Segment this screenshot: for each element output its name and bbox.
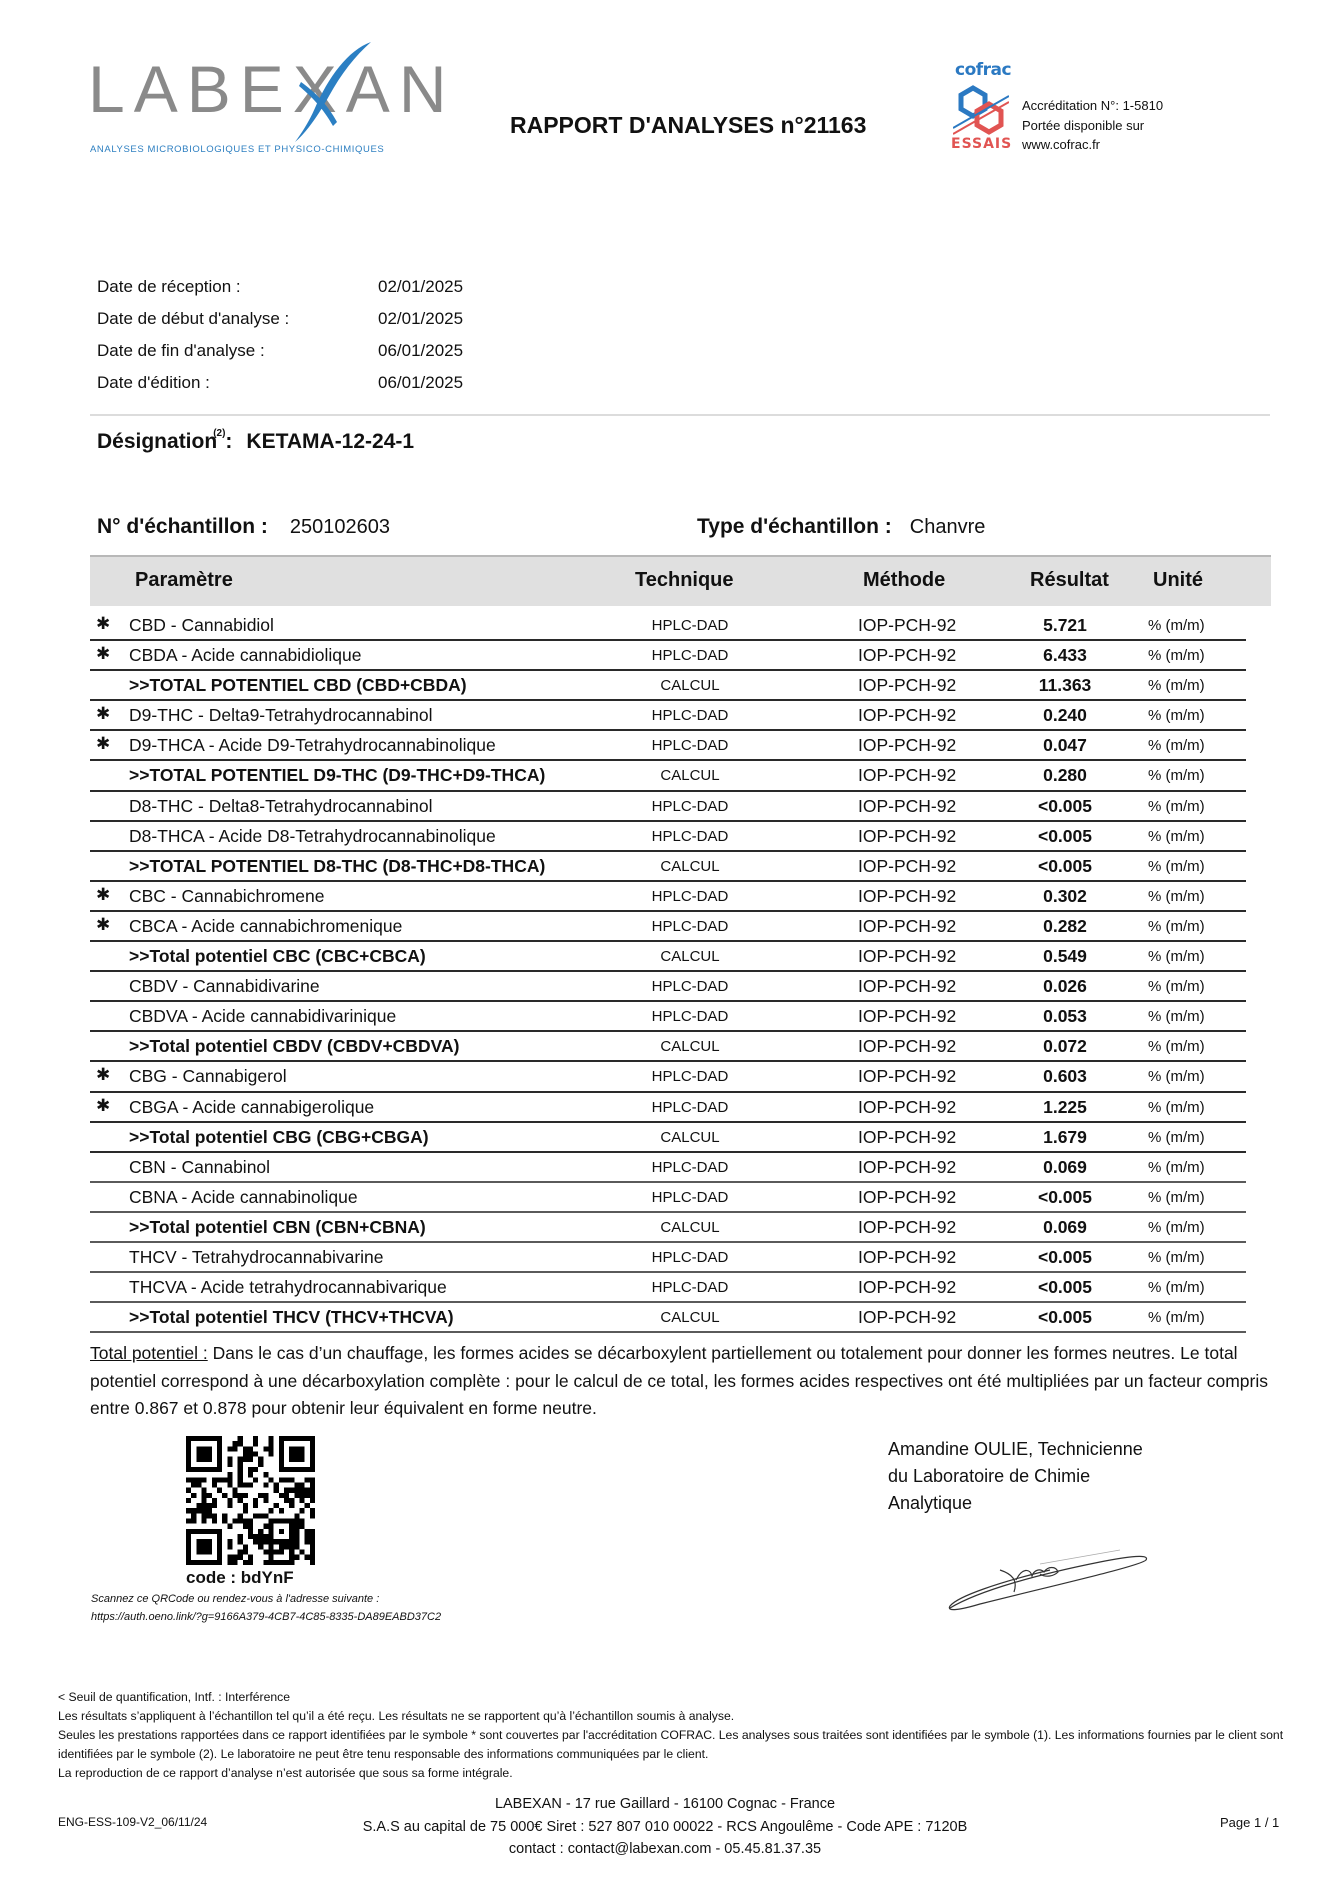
row-method: IOP-PCH-92 bbox=[858, 916, 956, 937]
row-technique: CALCUL bbox=[605, 767, 775, 784]
row-unit: % (m/m) bbox=[1148, 888, 1205, 905]
table-row: D8-THCA - Acide D8-Tetrahydrocannabinoli… bbox=[90, 822, 1246, 852]
row-result: 0.072 bbox=[1020, 1036, 1110, 1057]
row-technique: HPLC-DAD bbox=[605, 828, 775, 845]
labexan-logo: LABEXAN Analyses microbiologiques et phy… bbox=[88, 38, 428, 158]
column-header-method: Méthode bbox=[863, 569, 945, 592]
row-unit: % (m/m) bbox=[1148, 707, 1205, 724]
row-method: IOP-PCH-92 bbox=[858, 796, 956, 817]
row-parameter: THCV - Tetrahydrocannabivarine bbox=[129, 1247, 384, 1268]
company-info: LABEXAN - 17 rue Gaillard - 16100 Cognac… bbox=[300, 1793, 1030, 1861]
row-parameter: THCVA - Acide tetrahydrocannabivarique bbox=[129, 1277, 447, 1298]
row-result: 0.240 bbox=[1020, 705, 1110, 726]
row-method: IOP-PCH-92 bbox=[858, 1217, 956, 1238]
row-technique: HPLC-DAD bbox=[605, 647, 775, 664]
table-row: ✱CBDA - Acide cannabidioliqueHPLC-DADIOP… bbox=[90, 641, 1246, 671]
row-unit: % (m/m) bbox=[1148, 918, 1205, 935]
note-text: Dans le cas d’un chauffage, les formes a… bbox=[90, 1343, 1268, 1418]
date-end-label: Date de fin d'analyse : bbox=[97, 341, 265, 361]
date-start-label: Date de début d'analyse : bbox=[97, 309, 289, 329]
logo-tagline: Analyses microbiologiques et physico-chi… bbox=[90, 144, 384, 155]
row-parameter: CBD - Cannabidiol bbox=[129, 615, 274, 636]
row-result: 5.721 bbox=[1020, 615, 1110, 636]
row-result: 0.047 bbox=[1020, 735, 1110, 756]
row-unit: % (m/m) bbox=[1148, 767, 1205, 784]
date-start-value: 02/01/2025 bbox=[378, 309, 463, 329]
row-unit: % (m/m) bbox=[1148, 1129, 1205, 1146]
date-reception-value: 02/01/2025 bbox=[378, 277, 463, 297]
designation: Désignation(2):KETAMA-12-24-1 bbox=[97, 430, 414, 454]
row-unit: % (m/m) bbox=[1148, 737, 1205, 754]
row-unit: % (m/m) bbox=[1148, 978, 1205, 995]
table-row: >>Total potentiel CBDV (CBDV+CBDVA)CALCU… bbox=[90, 1032, 1246, 1062]
accreditation-star-icon: ✱ bbox=[96, 644, 110, 664]
qr-link[interactable]: https://auth.oeno.link/?g=9166A379-4CB7-… bbox=[91, 1608, 441, 1626]
row-result: 0.302 bbox=[1020, 886, 1110, 907]
legal-line-1: < Seuil de quantification, Intf. : Inter… bbox=[58, 1688, 1328, 1707]
row-parameter: >>TOTAL POTENTIEL D8-THC (D8-THC+D8-THCA… bbox=[129, 856, 545, 877]
legal-line-2: Les résultats s’appliquent à l’échantill… bbox=[58, 1707, 1328, 1726]
row-unit: % (m/m) bbox=[1148, 617, 1205, 634]
column-header-technique: Technique bbox=[635, 569, 734, 592]
table-row: ✱CBG - CannabigerolHPLC-DADIOP-PCH-920.6… bbox=[90, 1062, 1246, 1092]
row-technique: HPLC-DAD bbox=[605, 888, 775, 905]
sample-type-value: Chanvre bbox=[910, 516, 986, 538]
row-result: 0.549 bbox=[1020, 946, 1110, 967]
row-unit: % (m/m) bbox=[1148, 1309, 1205, 1326]
note-label: Total potentiel : bbox=[90, 1343, 208, 1363]
qr-code-label: code : bdYnF bbox=[186, 1568, 294, 1588]
table-row: >>Total potentiel CBG (CBG+CBGA)CALCULIO… bbox=[90, 1123, 1246, 1153]
row-parameter: CBCA - Acide cannabichromenique bbox=[129, 916, 402, 937]
sample-type-label: Type d'échantillon : bbox=[697, 515, 892, 538]
row-parameter: >>Total potentiel CBG (CBG+CBGA) bbox=[129, 1127, 429, 1148]
row-result: <0.005 bbox=[1020, 796, 1110, 817]
row-result: 1.679 bbox=[1020, 1127, 1110, 1148]
table-row: THCV - TetrahydrocannabivarineHPLC-DADIO… bbox=[90, 1243, 1246, 1273]
date-edition-label: Date d'édition : bbox=[97, 373, 210, 393]
row-technique: HPLC-DAD bbox=[605, 1099, 775, 1116]
row-technique: CALCUL bbox=[605, 677, 775, 694]
row-technique: HPLC-DAD bbox=[605, 798, 775, 815]
qr-instruction-text: Scannez ce QRCode ou rendez-vous à l'adr… bbox=[91, 1590, 441, 1608]
table-row: >>Total potentiel THCV (THCV+THCVA)CALCU… bbox=[90, 1303, 1246, 1333]
table-row: >>TOTAL POTENTIEL D9-THC (D9-THC+D9-THCA… bbox=[90, 761, 1246, 791]
row-method: IOP-PCH-92 bbox=[858, 1006, 956, 1027]
row-result: 0.026 bbox=[1020, 976, 1110, 997]
row-method: IOP-PCH-92 bbox=[858, 1097, 956, 1118]
row-parameter: CBC - Cannabichromene bbox=[129, 886, 325, 907]
row-result: 0.069 bbox=[1020, 1157, 1110, 1178]
designation-value: KETAMA-12-24-1 bbox=[246, 430, 414, 453]
table-row: >>Total potentiel CBC (CBC+CBCA)CALCULIO… bbox=[90, 942, 1246, 972]
row-technique: HPLC-DAD bbox=[605, 1189, 775, 1206]
row-result: <0.005 bbox=[1020, 1187, 1110, 1208]
row-method: IOP-PCH-92 bbox=[858, 675, 956, 696]
row-unit: % (m/m) bbox=[1148, 647, 1205, 664]
designation-colon: : bbox=[225, 430, 232, 453]
table-row: >>Total potentiel CBN (CBN+CBNA)CALCULIO… bbox=[90, 1213, 1246, 1243]
legal-line-4: La reproduction de ce rapport d’analyse … bbox=[58, 1764, 1328, 1783]
row-parameter: CBNA - Acide cannabinolique bbox=[129, 1187, 358, 1208]
row-result: 0.603 bbox=[1020, 1066, 1110, 1087]
row-unit: % (m/m) bbox=[1148, 828, 1205, 845]
logo-swoosh-icon bbox=[293, 38, 373, 144]
row-unit: % (m/m) bbox=[1148, 1279, 1205, 1296]
row-unit: % (m/m) bbox=[1148, 1099, 1205, 1116]
row-parameter: CBN - Cannabinol bbox=[129, 1157, 270, 1178]
date-reception-label: Date de réception : bbox=[97, 277, 241, 297]
signer-block: Amandine OULIE, Technicienne du Laborato… bbox=[888, 1436, 1143, 1517]
table-row: >>TOTAL POTENTIEL CBD (CBD+CBDA)CALCULIO… bbox=[90, 671, 1246, 701]
row-method: IOP-PCH-92 bbox=[858, 1187, 956, 1208]
company-contact: contact : contact@labexan.com - 05.45.81… bbox=[300, 1838, 1030, 1861]
row-parameter: CBGA - Acide cannabigerolique bbox=[129, 1097, 374, 1118]
cofrac-essais: ESSAIS bbox=[951, 136, 1012, 152]
row-unit: % (m/m) bbox=[1148, 1189, 1205, 1206]
legal-line-3: Seules les prestations rapportées dans c… bbox=[58, 1726, 1328, 1764]
table-row: ✱D9-THC - Delta9-TetrahydrocannabinolHPL… bbox=[90, 701, 1246, 731]
row-parameter: CBDV - Cannabidivarine bbox=[129, 976, 320, 997]
table-row: >>TOTAL POTENTIEL D8-THC (D8-THC+D8-THCA… bbox=[90, 852, 1246, 882]
table-row: CBDVA - Acide cannabidivariniqueHPLC-DAD… bbox=[90, 1002, 1246, 1032]
row-technique: HPLC-DAD bbox=[605, 918, 775, 935]
row-parameter: >>TOTAL POTENTIEL D9-THC (D9-THC+D9-THCA… bbox=[129, 765, 545, 786]
accreditation-star-icon: ✱ bbox=[96, 915, 110, 935]
row-method: IOP-PCH-92 bbox=[858, 856, 956, 877]
cofrac-logo: cofrac ESSAIS bbox=[951, 60, 1011, 154]
document-reference: ENG-ESS-109-V2_06/11/24 bbox=[58, 1815, 207, 1829]
company-registration: S.A.S au capital de 75 000€ Siret : 527 … bbox=[300, 1816, 1030, 1839]
row-technique: HPLC-DAD bbox=[605, 1008, 775, 1025]
row-technique: HPLC-DAD bbox=[605, 978, 775, 995]
row-parameter: CBDA - Acide cannabidiolique bbox=[129, 645, 362, 666]
signer-line-1: Amandine OULIE, Technicienne bbox=[888, 1436, 1143, 1463]
cofrac-link[interactable]: www.cofrac.fr bbox=[1022, 135, 1163, 155]
cofrac-hexagon-icon bbox=[953, 82, 1009, 136]
accreditation-star-icon: ✱ bbox=[96, 734, 110, 754]
row-technique: HPLC-DAD bbox=[605, 707, 775, 724]
accreditation-number: Accréditation N°: 1-5810 bbox=[1022, 96, 1163, 116]
row-parameter: D8-THC - Delta8-Tetrahydrocannabinol bbox=[129, 796, 432, 817]
row-method: IOP-PCH-92 bbox=[858, 946, 956, 967]
row-parameter: D9-THCA - Acide D9-Tetrahydrocannabinoli… bbox=[129, 735, 496, 756]
row-parameter: CBG - Cannabigerol bbox=[129, 1066, 287, 1087]
row-method: IOP-PCH-92 bbox=[858, 615, 956, 636]
row-result: <0.005 bbox=[1020, 856, 1110, 877]
row-unit: % (m/m) bbox=[1148, 948, 1205, 965]
row-technique: CALCUL bbox=[605, 1038, 775, 1055]
accreditation-star-icon: ✱ bbox=[96, 704, 110, 724]
accreditation-scope: Portée disponible sur bbox=[1022, 116, 1163, 136]
row-method: IOP-PCH-92 bbox=[858, 976, 956, 997]
row-result: 0.280 bbox=[1020, 765, 1110, 786]
row-technique: CALCUL bbox=[605, 1129, 775, 1146]
row-technique: CALCUL bbox=[605, 948, 775, 965]
report-title: RAPPORT D'ANALYSES n°21163 bbox=[510, 112, 866, 139]
row-result: 11.363 bbox=[1020, 675, 1110, 696]
row-method: IOP-PCH-92 bbox=[858, 886, 956, 907]
sample-number-label: N° d'échantillon : bbox=[97, 515, 268, 538]
row-unit: % (m/m) bbox=[1148, 858, 1205, 875]
results-table-body: ✱CBD - CannabidiolHPLC-DADIOP-PCH-925.72… bbox=[90, 611, 1246, 1333]
row-technique: HPLC-DAD bbox=[605, 737, 775, 754]
row-method: IOP-PCH-92 bbox=[858, 1277, 956, 1298]
accreditation-star-icon: ✱ bbox=[96, 614, 110, 634]
column-header-result: Résultat bbox=[1030, 569, 1109, 592]
row-parameter: >>TOTAL POTENTIEL CBD (CBD+CBDA) bbox=[129, 675, 467, 696]
row-result: 6.433 bbox=[1020, 645, 1110, 666]
row-technique: CALCUL bbox=[605, 858, 775, 875]
row-result: <0.005 bbox=[1020, 1307, 1110, 1328]
row-result: 0.069 bbox=[1020, 1217, 1110, 1238]
table-row: D8-THC - Delta8-TetrahydrocannabinolHPLC… bbox=[90, 792, 1246, 822]
row-technique: HPLC-DAD bbox=[605, 1159, 775, 1176]
sample-number-value: 250102603 bbox=[290, 516, 390, 538]
accreditation-info: Accréditation N°: 1-5810 Portée disponib… bbox=[1022, 96, 1163, 155]
row-result: 0.053 bbox=[1020, 1006, 1110, 1027]
row-unit: % (m/m) bbox=[1148, 1038, 1205, 1055]
logo-wordmark: LABEXAN bbox=[88, 56, 455, 122]
row-method: IOP-PCH-92 bbox=[858, 705, 956, 726]
table-row: CBN - CannabinolHPLC-DADIOP-PCH-920.069%… bbox=[90, 1153, 1246, 1183]
table-row: CBDV - CannabidivarineHPLC-DADIOP-PCH-92… bbox=[90, 972, 1246, 1002]
table-row: CBNA - Acide cannabinoliqueHPLC-DADIOP-P… bbox=[90, 1183, 1246, 1213]
column-header-param: Paramètre bbox=[135, 569, 233, 592]
row-parameter: >>Total potentiel CBDV (CBDV+CBDVA) bbox=[129, 1036, 459, 1057]
row-result: <0.005 bbox=[1020, 1277, 1110, 1298]
row-parameter: CBDVA - Acide cannabidivarinique bbox=[129, 1006, 396, 1027]
row-unit: % (m/m) bbox=[1148, 798, 1205, 815]
row-method: IOP-PCH-92 bbox=[858, 645, 956, 666]
table-row: ✱CBC - CannabichromeneHPLC-DADIOP-PCH-92… bbox=[90, 882, 1246, 912]
row-parameter: >>Total potentiel CBC (CBC+CBCA) bbox=[129, 946, 426, 967]
accreditation-star-icon: ✱ bbox=[96, 885, 110, 905]
table-row: ✱CBD - CannabidiolHPLC-DADIOP-PCH-925.72… bbox=[90, 611, 1246, 641]
page-number: Page 1 / 1 bbox=[1220, 1815, 1279, 1830]
row-parameter: D9-THC - Delta9-Tetrahydrocannabinol bbox=[129, 705, 432, 726]
legal-notes: < Seuil de quantification, Intf. : Inter… bbox=[58, 1688, 1328, 1783]
row-parameter: >>Total potentiel CBN (CBN+CBNA) bbox=[129, 1217, 426, 1238]
row-result: 1.225 bbox=[1020, 1097, 1110, 1118]
row-unit: % (m/m) bbox=[1148, 1219, 1205, 1236]
table-row: THCVA - Acide tetrahydrocannabivariqueHP… bbox=[90, 1273, 1246, 1303]
signature-icon bbox=[940, 1540, 1160, 1616]
row-unit: % (m/m) bbox=[1148, 1068, 1205, 1085]
row-method: IOP-PCH-92 bbox=[858, 1247, 956, 1268]
sample-number: N° d'échantillon :250102603 bbox=[97, 515, 390, 539]
row-method: IOP-PCH-92 bbox=[858, 735, 956, 756]
row-method: IOP-PCH-92 bbox=[858, 1127, 956, 1148]
accreditation-star-icon: ✱ bbox=[96, 1096, 110, 1116]
results-table-header: Paramètre Technique Méthode Résultat Uni… bbox=[90, 555, 1271, 606]
row-technique: CALCUL bbox=[605, 1219, 775, 1236]
divider bbox=[90, 414, 1270, 416]
row-result: <0.005 bbox=[1020, 1247, 1110, 1268]
row-parameter: D8-THCA - Acide D8-Tetrahydrocannabinoli… bbox=[129, 826, 496, 847]
row-method: IOP-PCH-92 bbox=[858, 1066, 956, 1087]
row-method: IOP-PCH-92 bbox=[858, 765, 956, 786]
sample-type: Type d'échantillon :Chanvre bbox=[697, 515, 985, 539]
row-parameter: >>Total potentiel THCV (THCV+THCVA) bbox=[129, 1307, 454, 1328]
row-result: 0.282 bbox=[1020, 916, 1110, 937]
company-address: LABEXAN - 17 rue Gaillard - 16100 Cognac… bbox=[300, 1793, 1030, 1816]
row-technique: HPLC-DAD bbox=[605, 1249, 775, 1266]
qr-instructions: Scannez ce QRCode ou rendez-vous à l'adr… bbox=[91, 1590, 441, 1626]
row-technique: HPLC-DAD bbox=[605, 617, 775, 634]
date-edition-value: 06/01/2025 bbox=[378, 373, 463, 393]
row-unit: % (m/m) bbox=[1148, 1159, 1205, 1176]
accreditation-star-icon: ✱ bbox=[96, 1065, 110, 1085]
total-potential-note: Total potentiel : Dans le cas d’un chauf… bbox=[90, 1340, 1280, 1423]
date-end-value: 06/01/2025 bbox=[378, 341, 463, 361]
row-method: IOP-PCH-92 bbox=[858, 1307, 956, 1328]
row-method: IOP-PCH-92 bbox=[858, 1036, 956, 1057]
row-technique: HPLC-DAD bbox=[605, 1068, 775, 1085]
table-row: ✱CBGA - Acide cannabigeroliqueHPLC-DADIO… bbox=[90, 1093, 1246, 1123]
row-method: IOP-PCH-92 bbox=[858, 826, 956, 847]
row-unit: % (m/m) bbox=[1148, 677, 1205, 694]
cofrac-wordmark: cofrac bbox=[955, 60, 1011, 80]
row-unit: % (m/m) bbox=[1148, 1008, 1205, 1025]
row-method: IOP-PCH-92 bbox=[858, 1157, 956, 1178]
column-header-unit: Unité bbox=[1153, 569, 1203, 592]
row-technique: HPLC-DAD bbox=[605, 1279, 775, 1296]
row-unit: % (m/m) bbox=[1148, 1249, 1205, 1266]
signer-line-2: du Laboratoire de Chimie bbox=[888, 1463, 1143, 1490]
row-technique: CALCUL bbox=[605, 1309, 775, 1326]
row-result: <0.005 bbox=[1020, 826, 1110, 847]
designation-note: (2) bbox=[213, 428, 225, 439]
signer-line-3: Analytique bbox=[888, 1490, 1143, 1517]
designation-label: Désignation bbox=[97, 430, 217, 453]
table-row: ✱D9-THCA - Acide D9-Tetrahydrocannabinol… bbox=[90, 731, 1246, 761]
qr-code-icon[interactable] bbox=[186, 1436, 315, 1565]
table-row: ✱CBCA - Acide cannabichromeniqueHPLC-DAD… bbox=[90, 912, 1246, 942]
